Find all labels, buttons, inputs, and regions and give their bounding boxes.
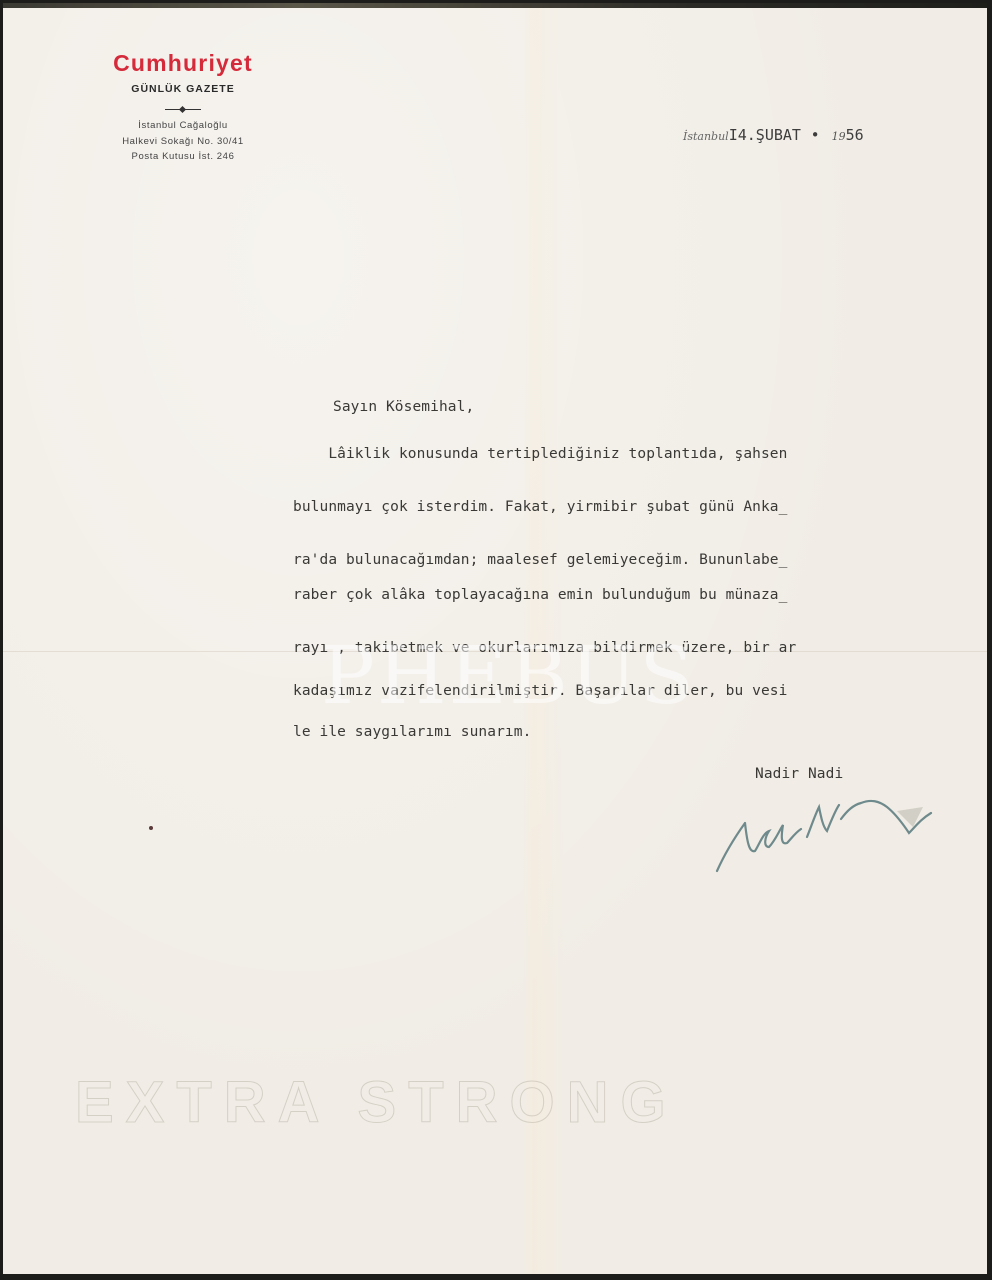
address-line: Posta Kutusu İst. 246 (83, 149, 283, 165)
date-day-month: I4.ŞUBAT (729, 126, 801, 144)
body-line: ra'da bulunacağımdan; maalesef gelemiyec… (293, 552, 787, 568)
body-line: raber çok alâka toplayacağına emin bulun… (293, 587, 787, 603)
salutation: Sayın Kösemihal, (333, 399, 474, 415)
ink-speck (149, 826, 153, 830)
typed-signatory-name: Nadir Nadi (755, 766, 843, 782)
ornament-divider-icon (165, 109, 201, 110)
address-line: İstanbul Cağaloğlu (83, 118, 283, 134)
letter-page: Cumhuriyet GÜNLÜK GAZETE İstanbul Cağalo… (3, 3, 987, 1274)
paper-emboss-watermark: EXTRA STRONG (75, 1069, 678, 1136)
date-year: 56 (846, 126, 864, 144)
newspaper-subtitle: GÜNLÜK GAZETE (83, 83, 283, 95)
body-line: kadaşımız vazifelendirilmiştir. Başarıla… (293, 683, 787, 699)
handwritten-signature-icon (711, 793, 941, 883)
newspaper-brand: Cumhuriyet (83, 49, 283, 77)
scan-edge-top (3, 3, 987, 8)
body-line: le ile saygılarımı sunarım. (293, 724, 531, 740)
letterhead-address: İstanbul Cağaloğlu Halkevi Sokağı No. 30… (83, 118, 283, 165)
body-line: Lâiklik konusunda tertiplediğiniz toplan… (293, 446, 787, 462)
date-separator: • (811, 126, 820, 144)
letter-date: İstanbulI4.ŞUBAT •1956 (683, 125, 864, 144)
date-century: 19 (832, 130, 846, 143)
letterhead: Cumhuriyet GÜNLÜK GAZETE İstanbul Cağalo… (83, 49, 283, 165)
address-line: Halkevi Sokağı No. 30/41 (83, 134, 283, 150)
body-line: bulunmayı çok isterdim. Fakat, yirmibir … (293, 499, 787, 515)
date-city: İstanbul (683, 130, 729, 143)
body-line: rayı , takibetmek ve okurlarımıza bildir… (293, 640, 796, 656)
